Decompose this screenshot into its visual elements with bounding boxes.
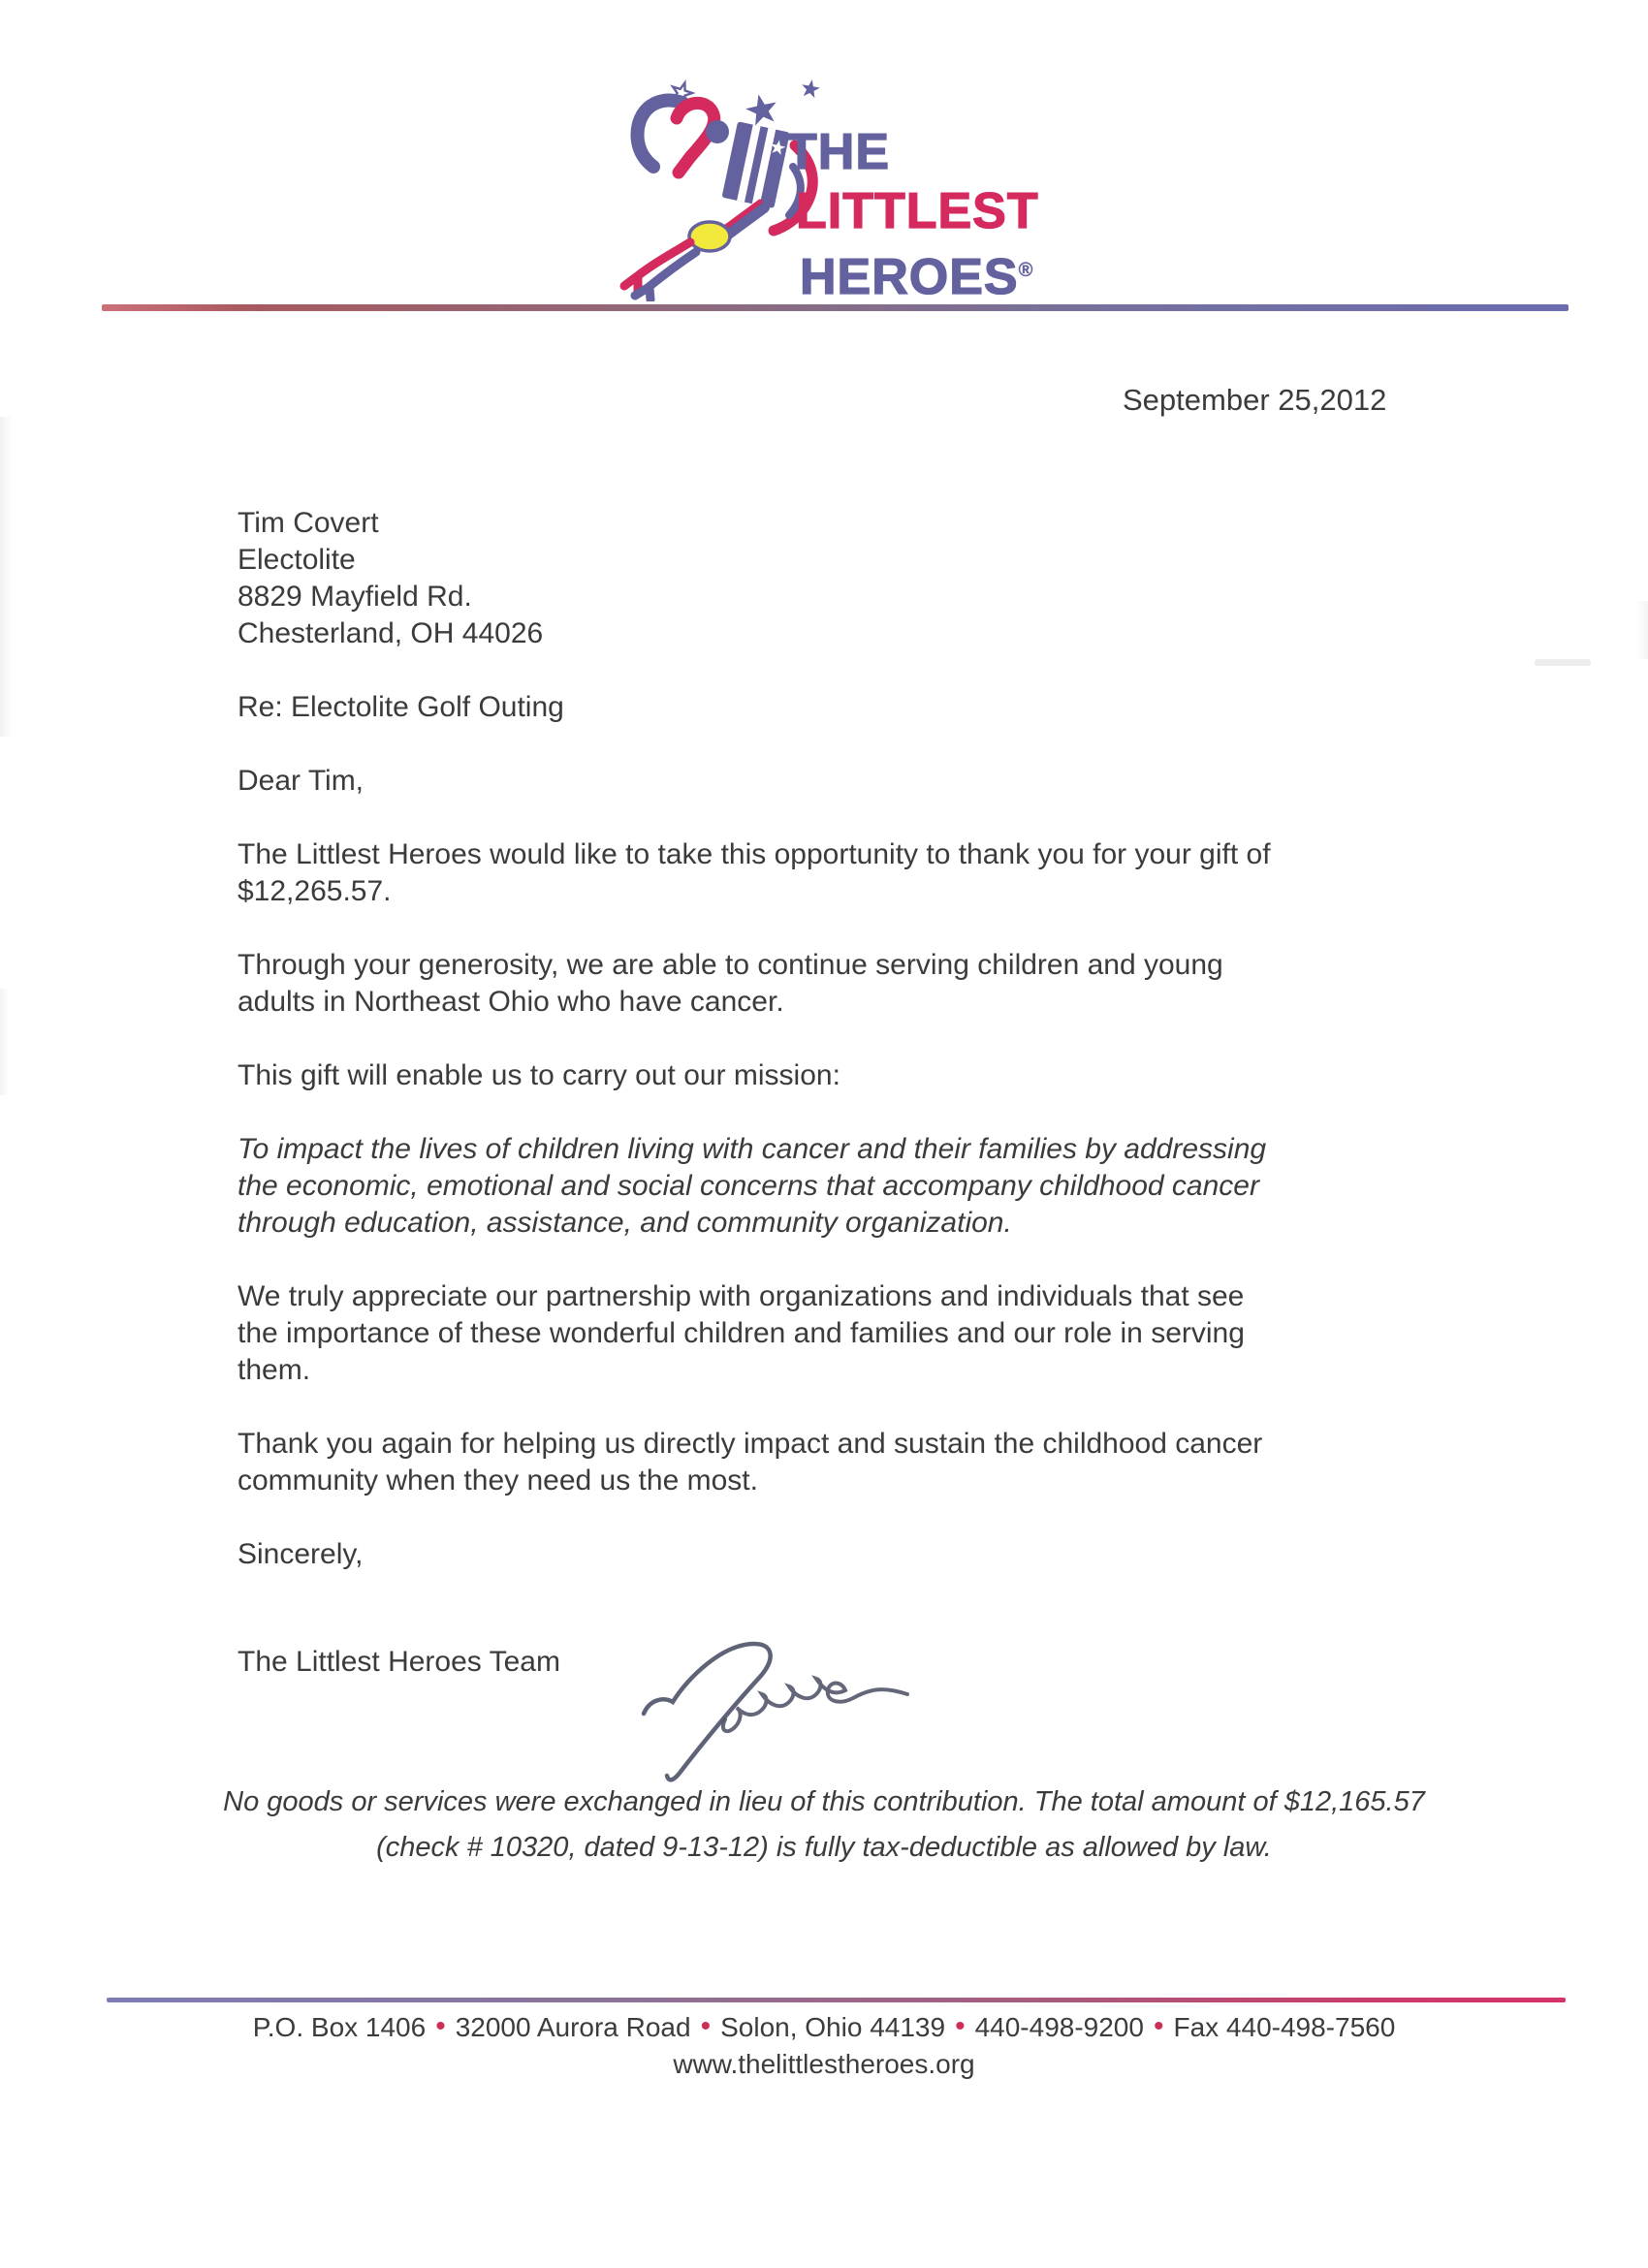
scan-artifact [0,989,9,1095]
logo-word-littlest: LITTLEST [796,186,1039,236]
paragraph-line: We truly appreciate our partnership with… [238,1278,1440,1315]
footer: P.O. Box 1406•32000 Aurora Road•Solon, O… [0,2009,1648,2083]
letter-content: Tim Covert Electolite 8829 Mayfield Rd. … [238,505,1440,1573]
paragraph-mission-intro: This gift will enable us to carry out ou… [238,1057,1440,1094]
recipient-city-state-zip: Chesterland, OH 44026 [238,615,1440,652]
paragraph-line: them. [238,1352,1440,1389]
subject-line: Re: Electolite Golf Outing [238,689,1440,726]
paragraph-line: the importance of these wonderful childr… [238,1315,1440,1352]
bullet-separator: • [1144,2010,1174,2042]
closing: Sincerely, [238,1536,1440,1573]
tax-note-line: (check # 10320, dated 9-13-12) is fully … [194,1825,1454,1871]
paragraph-mission-statement: To impact the lives of children living w… [238,1131,1440,1242]
logo-word-the: THE [786,127,890,177]
bullet-separator: • [691,2010,721,2042]
logo-word-heroes: HEROES® [800,245,1032,302]
footer-fax: Fax 440-498-7560 [1173,2012,1395,2042]
footer-website: www.thelittlestheroes.org [0,2046,1648,2083]
paragraph-thanks-again: Thank you again for helping us directly … [238,1426,1440,1499]
signature-team-line: The Littlest Heroes Team [238,1646,560,1679]
paragraph-gift-thanks: The Littlest Heroes would like to take t… [238,836,1440,910]
footer-street: 32000 Aurora Road [456,2012,691,2042]
figure-head [706,120,729,143]
paragraph-line: community when they need us the most. [238,1463,1440,1499]
footer-address-line: P.O. Box 1406•32000 Aurora Road•Solon, O… [0,2009,1648,2046]
registered-trademark-symbol: ® [1019,260,1033,281]
paragraph-line: adults in Northeast Ohio who have cancer… [238,984,1440,1021]
footer-phone: 440-498-9200 [975,2012,1144,2042]
bullet-separator: • [945,2010,975,2042]
paragraph-line: To impact the lives of children living w… [238,1131,1440,1168]
signature-joanne [630,1638,921,1793]
paragraph-generosity: Through your generosity, we are able to … [238,947,1440,1021]
recipient-company: Electolite [238,542,1440,579]
paragraph-line: through education, assistance, and commu… [238,1205,1440,1242]
recipient-address-block: Tim Covert Electolite 8829 Mayfield Rd. … [238,505,1440,652]
star-small-icon [800,79,821,99]
tax-deduction-note: No goods or services were exchanged in l… [194,1780,1454,1871]
paragraph-line: This gift will enable us to carry out ou… [238,1057,1440,1094]
salutation: Dear Tim, [238,763,1440,800]
paragraph-partnership: We truly appreciate our partnership with… [238,1278,1440,1389]
logo-word-heroes-text: HEROES [800,249,1019,305]
recipient-name: Tim Covert [238,505,1440,542]
star-filled-icon [744,91,780,127]
footer-city: Solon, Ohio 44139 [720,2012,945,2042]
bullet-separator: • [426,2010,456,2042]
scanned-letter-page: THE LITTLEST HEROES® September 25,2012 T… [0,0,1648,2268]
paragraph-line: $12,265.57. [238,873,1440,910]
tax-note-line: No goods or services were exchanged in l… [194,1780,1454,1825]
header-divider-rule [102,304,1569,311]
figure-flag [721,121,789,208]
paragraph-line: The Littlest Heroes would like to take t… [238,836,1440,873]
scan-artifact [1636,601,1648,659]
scan-artifact [1535,659,1591,666]
paragraph-line: Thank you again for helping us directly … [238,1426,1440,1463]
footer-po-box: P.O. Box 1406 [253,2012,427,2042]
recipient-street: 8829 Mayfield Rd. [238,579,1440,615]
paragraph-line: the economic, emotional and social conce… [238,1168,1440,1205]
footer-divider-rule [107,1998,1566,2002]
letter-date: September 25,2012 [1123,383,1386,418]
paragraph-line: Through your generosity, we are able to … [238,947,1440,984]
scan-artifact [0,417,13,737]
figure-medal [689,222,730,251]
